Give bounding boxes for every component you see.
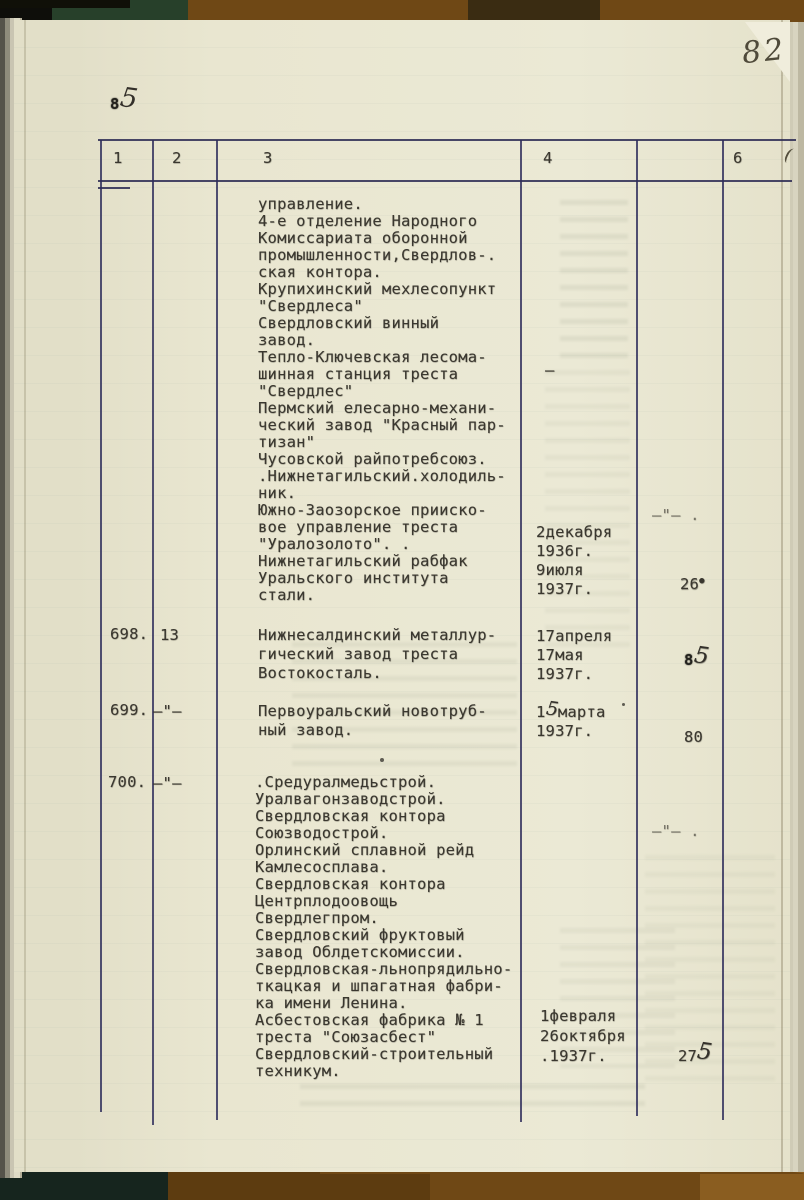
row-number: 698. — [110, 626, 148, 643]
organization-line: "Свердлес" — [258, 383, 548, 400]
organization-line: .Средуралмедьстрой. — [255, 774, 550, 791]
row-dates: 1февраля26октября.1937г. — [540, 1006, 626, 1066]
organization-line: 4-е отделение Народного — [258, 213, 548, 230]
date-line: 2декабря — [536, 523, 612, 542]
page-crease-left — [24, 20, 26, 1172]
organization-line: Нижнесалдинский металлур- — [258, 626, 548, 645]
row-date-line2: 1937г. — [536, 723, 593, 740]
col5-number-mark: ● — [699, 576, 704, 586]
table-rule-col1-col2 — [152, 140, 154, 1125]
organization-line: Свердловский винный — [258, 315, 548, 332]
continuation-organization-list: управление.4-е отделение НародногоКомисс… — [258, 196, 548, 604]
date-line: 1937г. — [536, 665, 612, 684]
date-line: 9июля — [536, 561, 612, 580]
date-month: марта — [558, 703, 606, 721]
organization-line: ткацкая и шпагатная фабри- — [255, 978, 550, 995]
organization-line: Южно-Заозорское прииско- — [258, 502, 548, 519]
continuation-date-dash: – — [545, 362, 555, 379]
organization-line: Свердловский фруктовый — [255, 927, 550, 944]
col5-number: 27 — [678, 1047, 697, 1065]
organization-line: Пермский елесарно-механи- — [258, 400, 548, 417]
col5-hand-digit: 5 — [697, 1046, 713, 1058]
date-line: 17апреля — [536, 627, 612, 646]
row-dates: 17апреля17мая1937г. — [536, 627, 612, 684]
continuation-col5-ditto: –"– . — [652, 507, 700, 524]
organization-line: Комиссариата оборонной — [258, 230, 548, 247]
row-col5-value: 275 — [678, 1048, 712, 1065]
organization-line: Свердлегпром. — [255, 910, 550, 927]
ink-speck — [622, 703, 625, 706]
organization-line: Асбестовская фабрика № 1 — [255, 1012, 550, 1029]
table-rule-col2-col3 — [216, 140, 218, 1120]
organization-line: шинная станция треста — [258, 366, 548, 383]
row-col5-value: 85 — [684, 652, 708, 669]
organization-line: "Свердлеса" — [258, 298, 548, 315]
organization-line: Уральского института — [258, 570, 548, 587]
organization-line: ный завод. — [258, 721, 548, 740]
organization-line: Крупихинский мехлесопункт — [258, 281, 548, 298]
column-header-3: 3 — [263, 150, 273, 167]
date-line: 1937г. — [536, 580, 612, 599]
organization-line: Чусовской райпотребсоюз. — [258, 451, 548, 468]
col5-hand-digit: 5 — [693, 650, 709, 662]
column-header-1: 1 — [113, 150, 123, 167]
row-col5-value: 80 — [684, 729, 703, 746]
date-line: 17мая — [536, 646, 612, 665]
organization-line: техникум. — [255, 1063, 550, 1080]
organization-line: Центрплодоовощь — [255, 893, 550, 910]
organization-line: ник. — [258, 485, 548, 502]
organization-line: Свердловская-льнопрядильно- — [255, 961, 550, 978]
organization-line: Нижнетагильский рабфак — [258, 553, 548, 570]
corner-number-hand-digit: 5 — [119, 93, 137, 105]
organization-line: промышленности,Свердлов-. — [258, 247, 548, 264]
organization-line: Уралвагонзаводстрой. — [255, 791, 550, 808]
organization-line: Камлесосплава. — [255, 859, 550, 876]
table-rule-col1-left — [100, 140, 102, 1112]
organization-line: Первоуральский новотруб- — [258, 702, 548, 721]
organization-line: ка имени Ленина. — [255, 995, 550, 1012]
table-rule-col4-col5 — [636, 140, 638, 1116]
table-rule-top — [98, 139, 796, 141]
bleed-through-smudge — [300, 1084, 645, 1114]
column-header-6: 6 — [733, 150, 743, 167]
corner-number: 85 — [110, 94, 137, 113]
date-line: 1936г. — [536, 542, 612, 561]
binding-bottom-edge — [0, 1172, 804, 1200]
organization-line: "Уралозолото". . — [258, 536, 548, 553]
table-rule-header-sep — [98, 180, 792, 182]
organization-line: гический завод треста — [258, 645, 548, 664]
continuation-dates: 2декабря1936г.9июля1937г. — [536, 523, 612, 599]
organization-line: .Нижнетагильский.холодиль- — [258, 468, 548, 485]
row-organization-list: Первоуральский новотруб-ный завод. — [258, 702, 548, 740]
date-line: .1937г. — [540, 1046, 626, 1066]
date-line: 26октября — [540, 1026, 626, 1046]
table-rule-col5-col6 — [722, 140, 724, 1120]
row-organization-list: Нижнесалдинский металлур-гический завод … — [258, 626, 548, 683]
folio-number-handwritten: 82 — [740, 32, 788, 71]
table-rule-stub — [98, 187, 130, 189]
row-col2-ditto: –"– — [153, 703, 182, 720]
organization-line: Союзводострой. — [255, 825, 550, 842]
row-col2-ditto: –"– — [153, 775, 182, 792]
organization-line: Востокосталь. — [258, 664, 548, 683]
organization-line: Свердловская контора — [255, 876, 550, 893]
row-number: 699. — [110, 702, 148, 719]
organization-line: тизан" — [258, 434, 548, 451]
organization-line: стали. — [258, 587, 548, 604]
organization-line: вое управление треста — [258, 519, 548, 536]
row-col5-ditto: –"– . — [652, 823, 700, 840]
bleed-through-smudge — [545, 370, 630, 650]
row-col2-value: 13 — [160, 627, 179, 644]
row-organization-list: .Средуралмедьстрой.Уралвагонзаводстрой.С… — [255, 774, 550, 1080]
date-line: 1февраля — [540, 1006, 626, 1026]
organization-line: завод. — [258, 332, 548, 349]
organization-line: треста "Союзасбест" — [255, 1029, 550, 1046]
organization-line: Тепло-Ключевская лесома- — [258, 349, 548, 366]
ink-speck — [380, 758, 384, 762]
bleed-through-smudge — [560, 200, 628, 360]
continuation-col5-value: 26● — [680, 573, 705, 593]
organization-line: ская контора. — [258, 264, 548, 281]
row-date-line1: 15марта — [536, 704, 606, 721]
col5-number: 26 — [680, 575, 699, 593]
organization-line: Свердловский-строительный — [255, 1046, 550, 1063]
page-stack-right-edge — [788, 22, 804, 1172]
organization-line: управление. — [258, 196, 548, 213]
column-header-4: 4 — [543, 150, 553, 167]
page-edge-right-line — [781, 20, 783, 1172]
organization-line: Свердловская контора — [255, 808, 550, 825]
organization-line: ческий завод "Красный пар- — [258, 417, 548, 434]
column-header-2: 2 — [172, 150, 182, 167]
binding-top-edge — [0, 0, 804, 22]
organization-line: Орлинский сплавной рейд — [255, 842, 550, 859]
date-hand-digit: 5 — [545, 703, 559, 715]
organization-line: завод Облдетскомиссии. — [255, 944, 550, 961]
row-number: 700. — [108, 774, 146, 791]
